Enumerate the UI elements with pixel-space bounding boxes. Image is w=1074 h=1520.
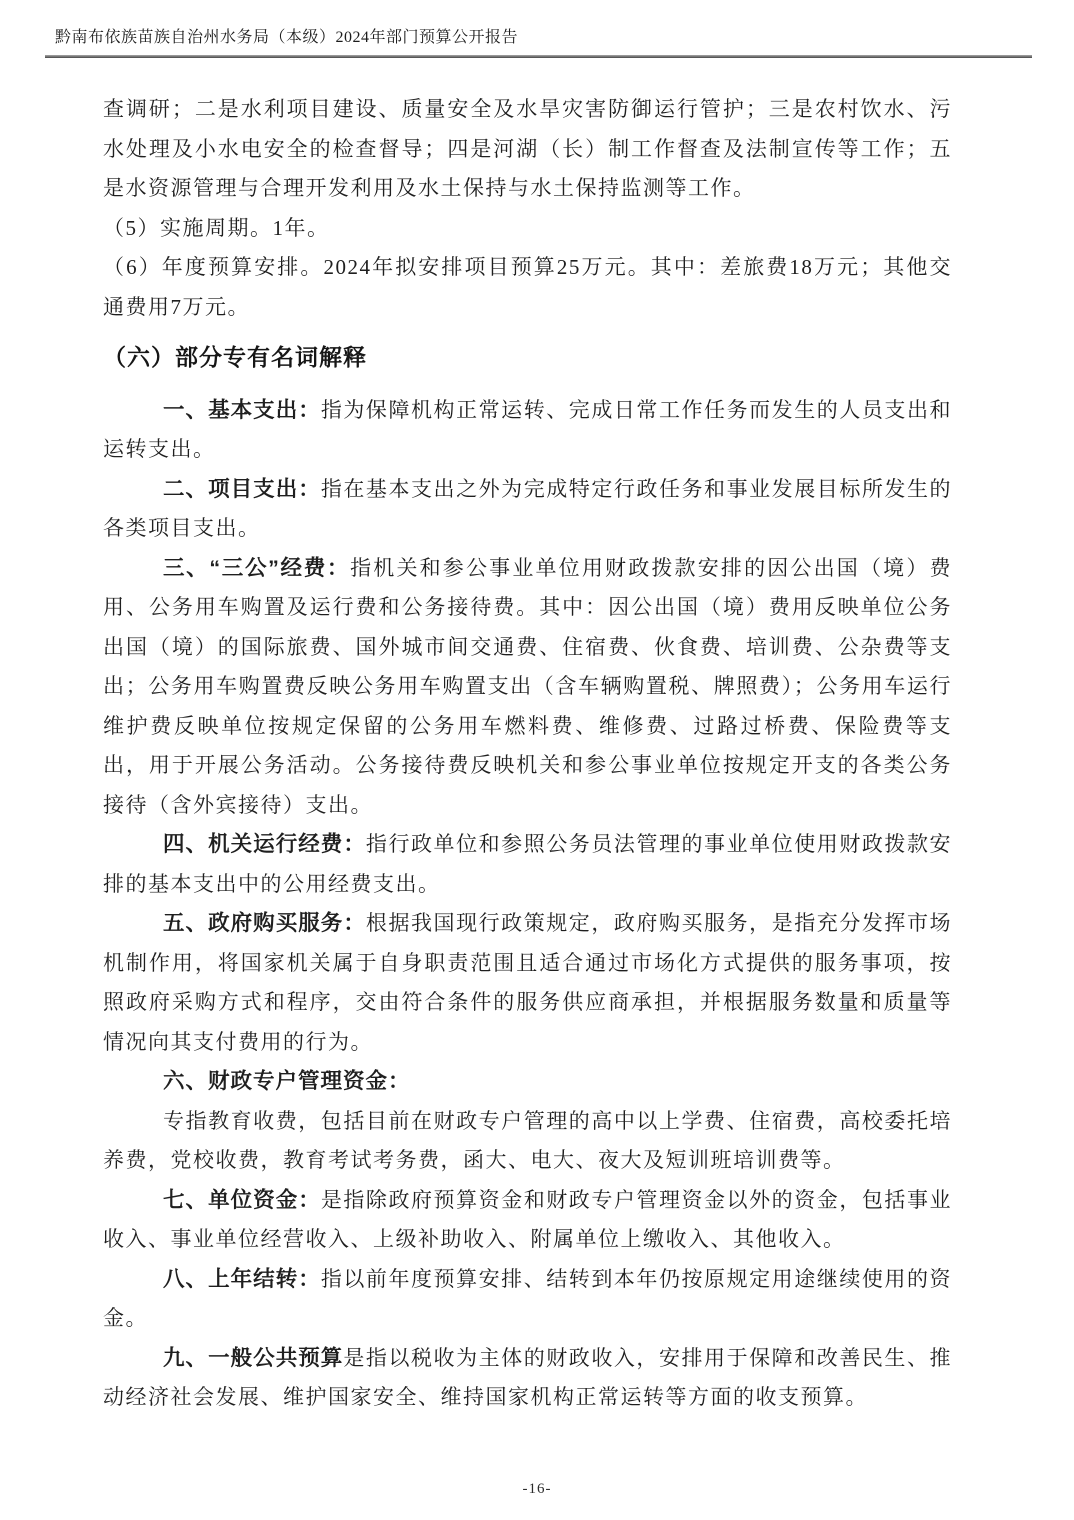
term-lead: 九、一般公共预算 (163, 1346, 343, 1370)
term-lead: 八、上年结转： (163, 1267, 321, 1291)
header-divider (45, 55, 1032, 58)
paragraph-item-5: （5）实施周期。1年。 (103, 209, 952, 249)
term-general-public-budget: 九、一般公共预算是指以税收为主体的财政收入，安排用于保障和改善民生、推动经济社会… (103, 1339, 952, 1418)
section-heading-terms: （六）部分专有名词解释 (103, 338, 952, 378)
document-page: 黔南布依族苗族自治州水务局（本级）2024年部门预算公开报告 查调研；二是水利项… (0, 0, 1074, 1520)
term-text: 指机关和参公事业单位用财政拨款安排的因公出国（境）费用、公务用车购置及运行费和公… (103, 556, 952, 817)
page-number: -16- (523, 1481, 552, 1497)
document-title: 黔南布依族苗族自治州水务局（本级）2024年部门预算公开报告 (45, 27, 1032, 49)
paragraph-education-fees: 专指教育收费，包括目前在财政专户管理的高中以上学费、住宿费，高校委托培养费，党校… (103, 1102, 952, 1181)
term-lead: 四、机关运行经费： (163, 832, 366, 856)
term-lead: 五、政府购买服务： (163, 911, 366, 935)
term-lead: 六、财政专户管理资金： (163, 1069, 411, 1093)
term-lead: 二、项目支出： (163, 477, 321, 501)
term-fiscal-special-account: 六、财政专户管理资金： (103, 1062, 952, 1102)
page-header: 黔南布依族苗族自治州水务局（本级）2024年部门预算公开报告 (45, 27, 1032, 58)
term-carryover-funds: 八、上年结转：指以前年度预算安排、结转到本年仍按原规定用途继续使用的资金。 (103, 1260, 952, 1339)
term-basic-expenditure: 一、基本支出：指为保障机构正常运转、完成日常工作任务而发生的人员支出和运转支出。 (103, 391, 952, 470)
term-operating-funds: 四、机关运行经费：指行政单位和参照公务员法管理的事业单位使用财政拨款安排的基本支… (103, 825, 952, 904)
paragraph-item-6: （6）年度预算安排。2024年拟安排项目预算25万元。其中：差旅费18万元；其他… (103, 248, 952, 327)
term-unit-funds: 七、单位资金：是指除政府预算资金和财政专户管理资金以外的资金，包括事业收入、事业… (103, 1181, 952, 1260)
document-body: 查调研；二是水利项目建设、质量安全及水旱灾害防御运行管护；三是农村饮水、污水处理… (103, 90, 952, 1418)
term-lead: 三、“三公”经费： (163, 556, 350, 580)
term-lead: 七、单位资金： (163, 1188, 321, 1212)
page-footer: -16- (0, 1481, 1074, 1498)
paragraph-continuation: 查调研；二是水利项目建设、质量安全及水旱灾害防御运行管护；三是农村饮水、污水处理… (103, 90, 952, 209)
term-government-purchase: 五、政府购买服务：根据我国现行政策规定，政府购买服务，是指充分发挥市场机制作用，… (103, 904, 952, 1062)
term-three-public-funds: 三、“三公”经费：指机关和参公事业单位用财政拨款安排的因公出国（境）费用、公务用… (103, 549, 952, 826)
term-project-expenditure: 二、项目支出：指在基本支出之外为完成特定行政任务和事业发展目标所发生的各类项目支… (103, 470, 952, 549)
term-lead: 一、基本支出： (163, 398, 321, 422)
